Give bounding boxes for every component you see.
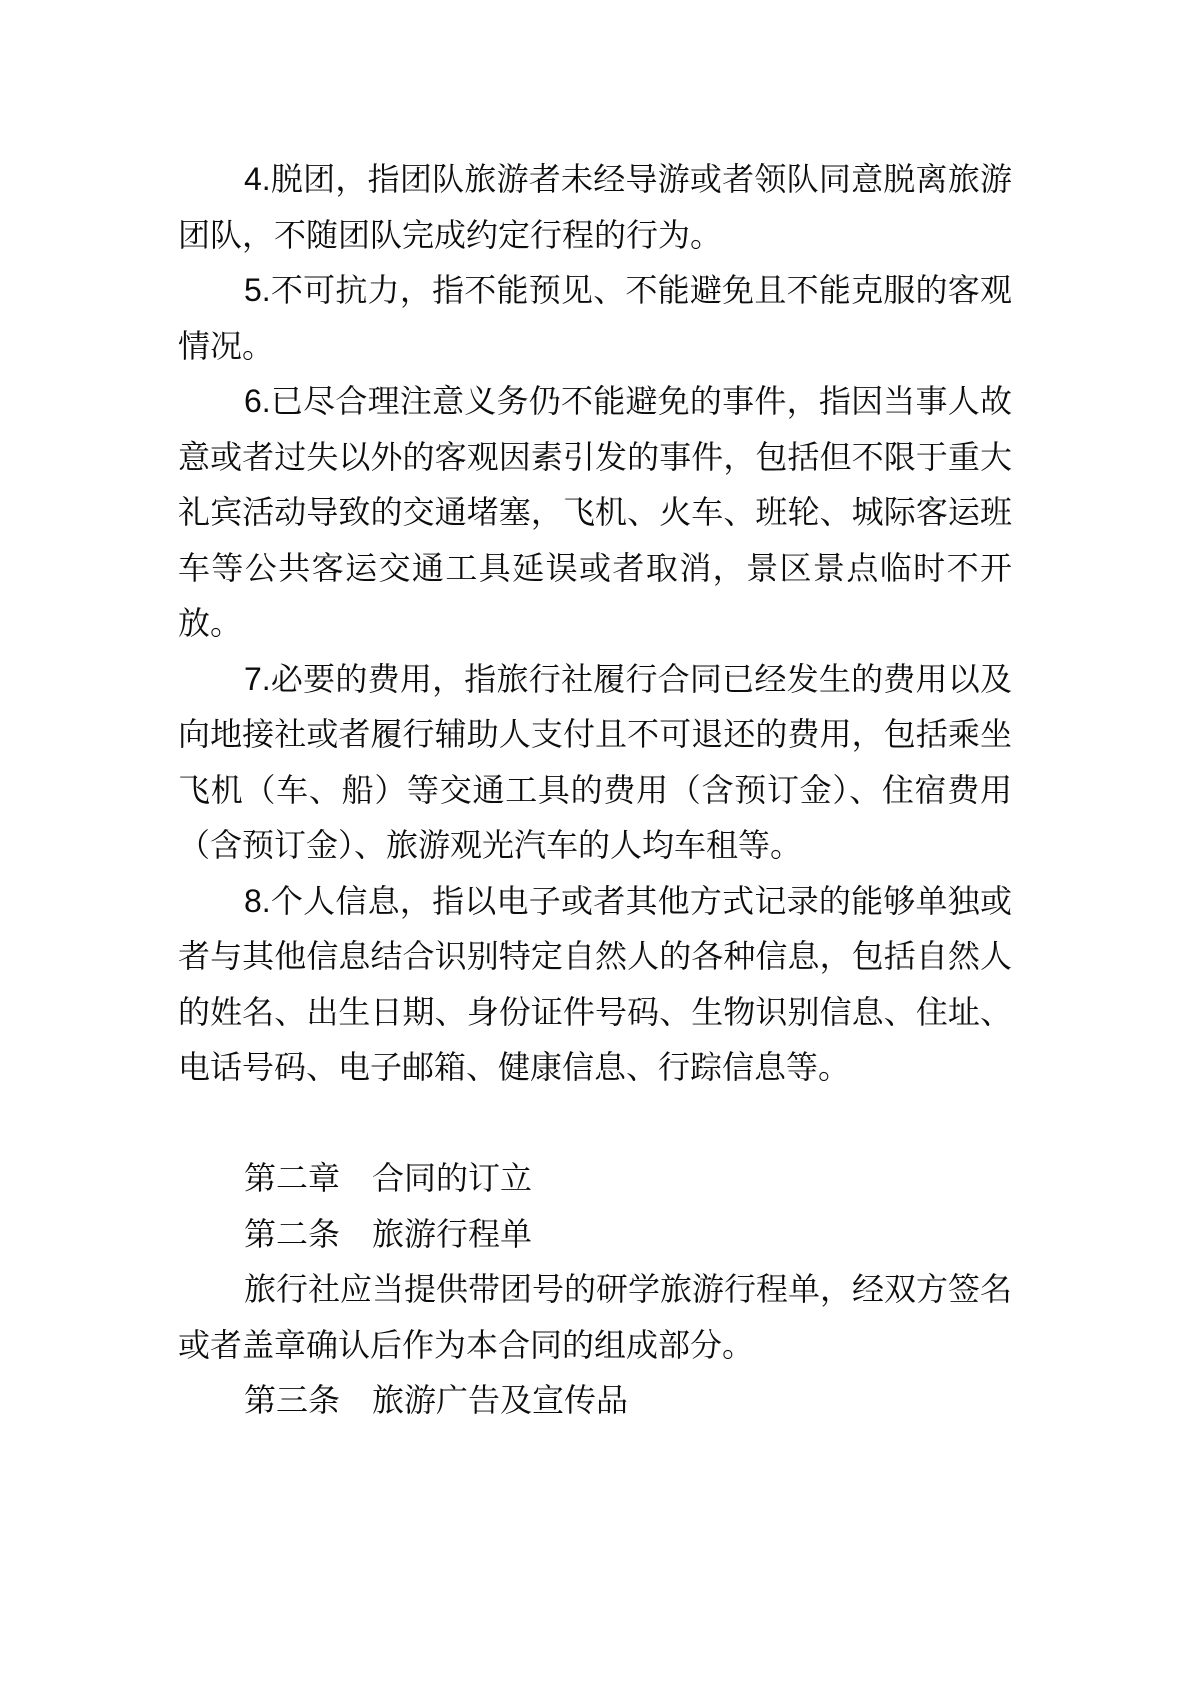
text-line: 电话号码、电子邮箱、健康信息、行踪信息等。 — [178, 1040, 1012, 1096]
text-line: 7.必要的费用，指旅行社履行合同已经发生的费用以及 — [178, 652, 1012, 708]
text-line: 或者盖章确认后作为本合同的组成部分。 — [178, 1318, 1012, 1374]
text-line: 团队，不随团队完成约定行程的行为。 — [178, 208, 1012, 264]
text-line: 8.个人信息，指以电子或者其他方式记录的能够单独或 — [178, 874, 1012, 930]
text-line: 向地接社或者履行辅助人支付且不可退还的费用，包括乘坐 — [178, 707, 1012, 763]
text-line: 飞机（车、船）等交通工具的费用（含预订金）、住宿费用 — [178, 763, 1012, 819]
heading-line: 第二条 旅游行程单 — [178, 1207, 1012, 1263]
blank-line — [178, 1096, 1012, 1152]
text-line: 4.脱团，指团队旅游者未经导游或者领队同意脱离旅游 — [178, 152, 1012, 208]
text-line: 6.已尽合理注意义务仍不能避免的事件，指因当事人故 — [178, 374, 1012, 430]
text-line: 的姓名、出生日期、身份证件号码、生物识别信息、住址、 — [178, 985, 1012, 1041]
text-line: 5.不可抗力，指不能预见、不能避免且不能克服的客观 — [178, 263, 1012, 319]
document-body: 4.脱团，指团队旅游者未经导游或者领队同意脱离旅游团队，不随团队完成约定行程的行… — [178, 152, 1012, 1429]
document-page: 4.脱团，指团队旅游者未经导游或者领队同意脱离旅游团队，不随团队完成约定行程的行… — [0, 0, 1190, 1682]
text-line: （含预订金）、旅游观光汽车的人均车租等。 — [178, 818, 1012, 874]
text-line: 礼宾活动导致的交通堵塞，飞机、火车、班轮、城际客运班 — [178, 485, 1012, 541]
text-line: 旅行社应当提供带团号的研学旅游行程单，经双方签名 — [178, 1262, 1012, 1318]
text-line: 车等公共客运交通工具延误或者取消，景区景点临时不开 — [178, 541, 1012, 597]
heading-line: 第二章 合同的订立 — [178, 1151, 1012, 1207]
heading-line: 第三条 旅游广告及宣传品 — [178, 1373, 1012, 1429]
text-line: 情况。 — [178, 319, 1012, 375]
text-line: 者与其他信息结合识别特定自然人的各种信息，包括自然人 — [178, 929, 1012, 985]
text-line: 放。 — [178, 596, 1012, 652]
text-line: 意或者过失以外的客观因素引发的事件，包括但不限于重大 — [178, 430, 1012, 486]
